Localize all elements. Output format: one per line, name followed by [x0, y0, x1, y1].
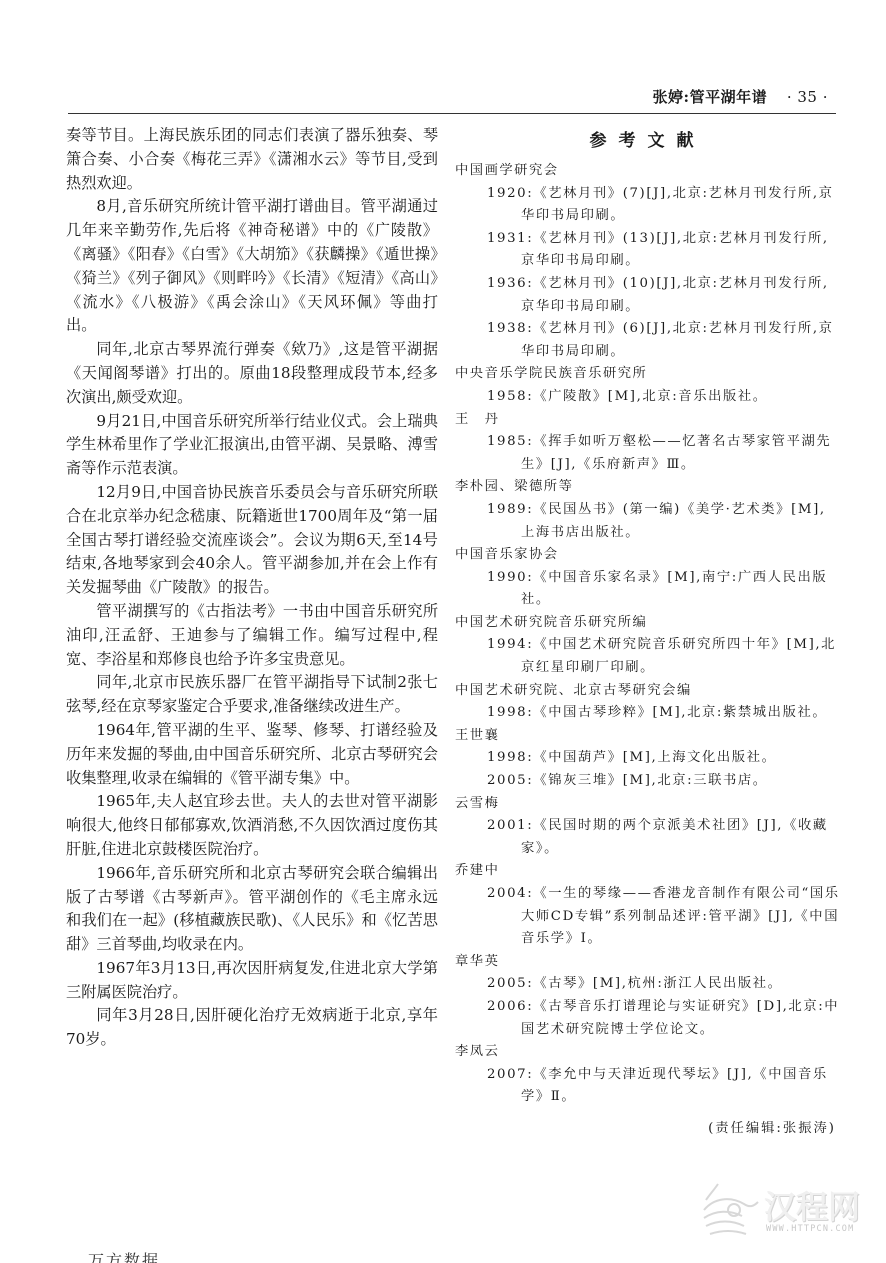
ref-entry: 1958:《广陵散》[M],北京:音乐出版社。: [455, 386, 840, 409]
ref-author: 中国画学研究会: [455, 160, 840, 183]
running-title: 张婷:管平湖年谱: [653, 88, 768, 106]
ref-author: 中国艺术研究院音乐研究所编: [455, 612, 840, 635]
paragraph: 8月,音乐研究所统计管平湖打谱曲目。管平湖通过几年来辛勤劳作,先后将《神奇秘谱》…: [66, 195, 438, 338]
references-column: 参考文献 中国画学研究会 1920:《艺林月刊》(7)[J],北京:艺林月刊发行…: [455, 124, 840, 1141]
ref-entry: 1920:《艺林月刊》(7)[J],北京:艺林月刊发行所,京华印书局印刷。: [455, 183, 840, 228]
paragraph: 12月9日,中国音协民族音乐委员会与音乐研究所联合在北京举办纪念嵇康、阮籍逝世1…: [66, 481, 438, 600]
ref-entry: 1994:《中国艺术研究院音乐研究所四十年》[M],北京红星印刷厂印刷。: [455, 634, 840, 679]
wave-logo-icon: [700, 1180, 762, 1240]
ref-entry: 2006:《古琴音乐打谱理论与实证研究》[D],北京:中国艺术研究院博士学位论文…: [455, 996, 840, 1041]
ref-entry: 2001:《民国时期的两个京派美术社团》[J],《收藏家》。: [455, 815, 840, 860]
ref-author: 王世襄: [455, 725, 840, 748]
paragraph: 1967年3月13日,再次因肝病复发,住进北京大学第三附属医院治疗。: [66, 957, 438, 1005]
ref-entry: 1938:《艺林月刊》(6)[J],北京:艺林月刊发行所,京华印书局印刷。: [455, 318, 840, 363]
references-title: 参考文献: [455, 128, 840, 156]
editor-note: (责任编辑:张振涛): [455, 1118, 840, 1141]
running-header: 张婷:管平湖年谱 · 35 ·: [653, 86, 828, 107]
ref-entry: 1989:《民国丛书》(第一编)《美学·艺术类》[M],上海书店出版社。: [455, 499, 840, 544]
ref-entry: 2005:《古琴》[M],杭州:浙江人民出版社。: [455, 973, 840, 996]
watermark-url: WWW.HTTPCN.COM: [766, 1224, 854, 1234]
paragraph: 1965年,夫人赵宜珍去世。夫人的去世对管平湖影响很大,他终日郁郁寡欢,饮酒消愁…: [66, 790, 438, 861]
paragraph: 管平湖撰写的《古指法考》一书由中国音乐研究所油印,汪孟舒、王迪参与了编辑工作。编…: [66, 600, 438, 671]
footer-source-mark: 万方数据: [88, 1248, 160, 1263]
ref-author: 中央音乐学院民族音乐研究所: [455, 363, 840, 386]
watermark-text: 汉程网: [764, 1182, 860, 1228]
ref-entry: 1998:《中国葫芦》[M],上海文化出版社。: [455, 747, 840, 770]
ref-entry: 1931:《艺林月刊》(13)[J],北京:艺林月刊发行所,京华印书局印刷。: [455, 228, 840, 273]
ref-author: 章华英: [455, 951, 840, 974]
ref-entry: 1985:《挥手如听万壑松——忆著名古琴家管平湖先生》[J],《乐府新声》Ⅲ。: [455, 431, 840, 476]
watermark: 汉程网 WWW.HTTPCN.COM: [700, 1180, 876, 1242]
paragraph: 1966年,音乐研究所和北京古琴研究会联合编辑出版了古琴谱《古琴新声》。管平湖创…: [66, 862, 438, 957]
paragraph: 同年,北京古琴界流行弹奏《欸乃》,这是管平湖据《天闻阁琴谱》打出的。原曲18段整…: [66, 338, 438, 409]
ref-author: 李朴园、梁德所等: [455, 476, 840, 499]
ref-author: 乔建中: [455, 860, 840, 883]
paragraph: 9月21日,中国音乐研究所举行结业仪式。会上瑞典学生林希里作了学业汇报演出,由管…: [66, 410, 438, 481]
ref-entry: 1936:《艺林月刊》(10)[J],北京:艺林月刊发行所,京华印书局印刷。: [455, 273, 840, 318]
ref-author: 王 丹: [455, 409, 840, 432]
left-column: 奏等节目。上海民族乐团的同志们表演了器乐独奏、琴箫合奏、小合奏《梅花三弄》《潇湘…: [66, 124, 438, 1052]
paragraph: 1964年,管平湖的生平、鉴琴、修琴、打谱经验及历年来发掘的琴曲,由中国音乐研究…: [66, 719, 438, 790]
header-rule: [68, 113, 836, 114]
ref-entry: 2004:《一生的琴缘——香港龙音制作有限公司“国乐大师CD专辑”系列制品述评:…: [455, 883, 840, 951]
ref-author: 李凤云: [455, 1041, 840, 1064]
ref-author: 中国艺术研究院、北京古琴研究会编: [455, 680, 840, 703]
page-number: · 35 ·: [787, 88, 828, 106]
paragraph: 同年,北京市民族乐器厂在管平湖指导下试制2张七弦琴,经在京琴家鉴定合乎要求,准备…: [66, 671, 438, 719]
ref-entry: 2007:《李允中与天津近现代琴坛》[J],《中国音乐学》Ⅱ。: [455, 1064, 840, 1109]
paragraph: 奏等节目。上海民族乐团的同志们表演了器乐独奏、琴箫合奏、小合奏《梅花三弄》《潇湘…: [66, 124, 438, 195]
ref-author: 中国音乐家协会: [455, 544, 840, 567]
ref-author: 云雪梅: [455, 793, 840, 816]
ref-entry: 1990:《中国音乐家名录》[M],南宁:广西人民出版社。: [455, 567, 840, 612]
ref-entry: 1998:《中国古琴珍粹》[M],北京:紫禁城出版社。: [455, 702, 840, 725]
paragraph: 同年3月28日,因肝硬化治疗无效病逝于北京,享年70岁。: [66, 1004, 438, 1052]
ref-entry: 2005:《锦灰三堆》[M],北京:三联书店。: [455, 770, 840, 793]
